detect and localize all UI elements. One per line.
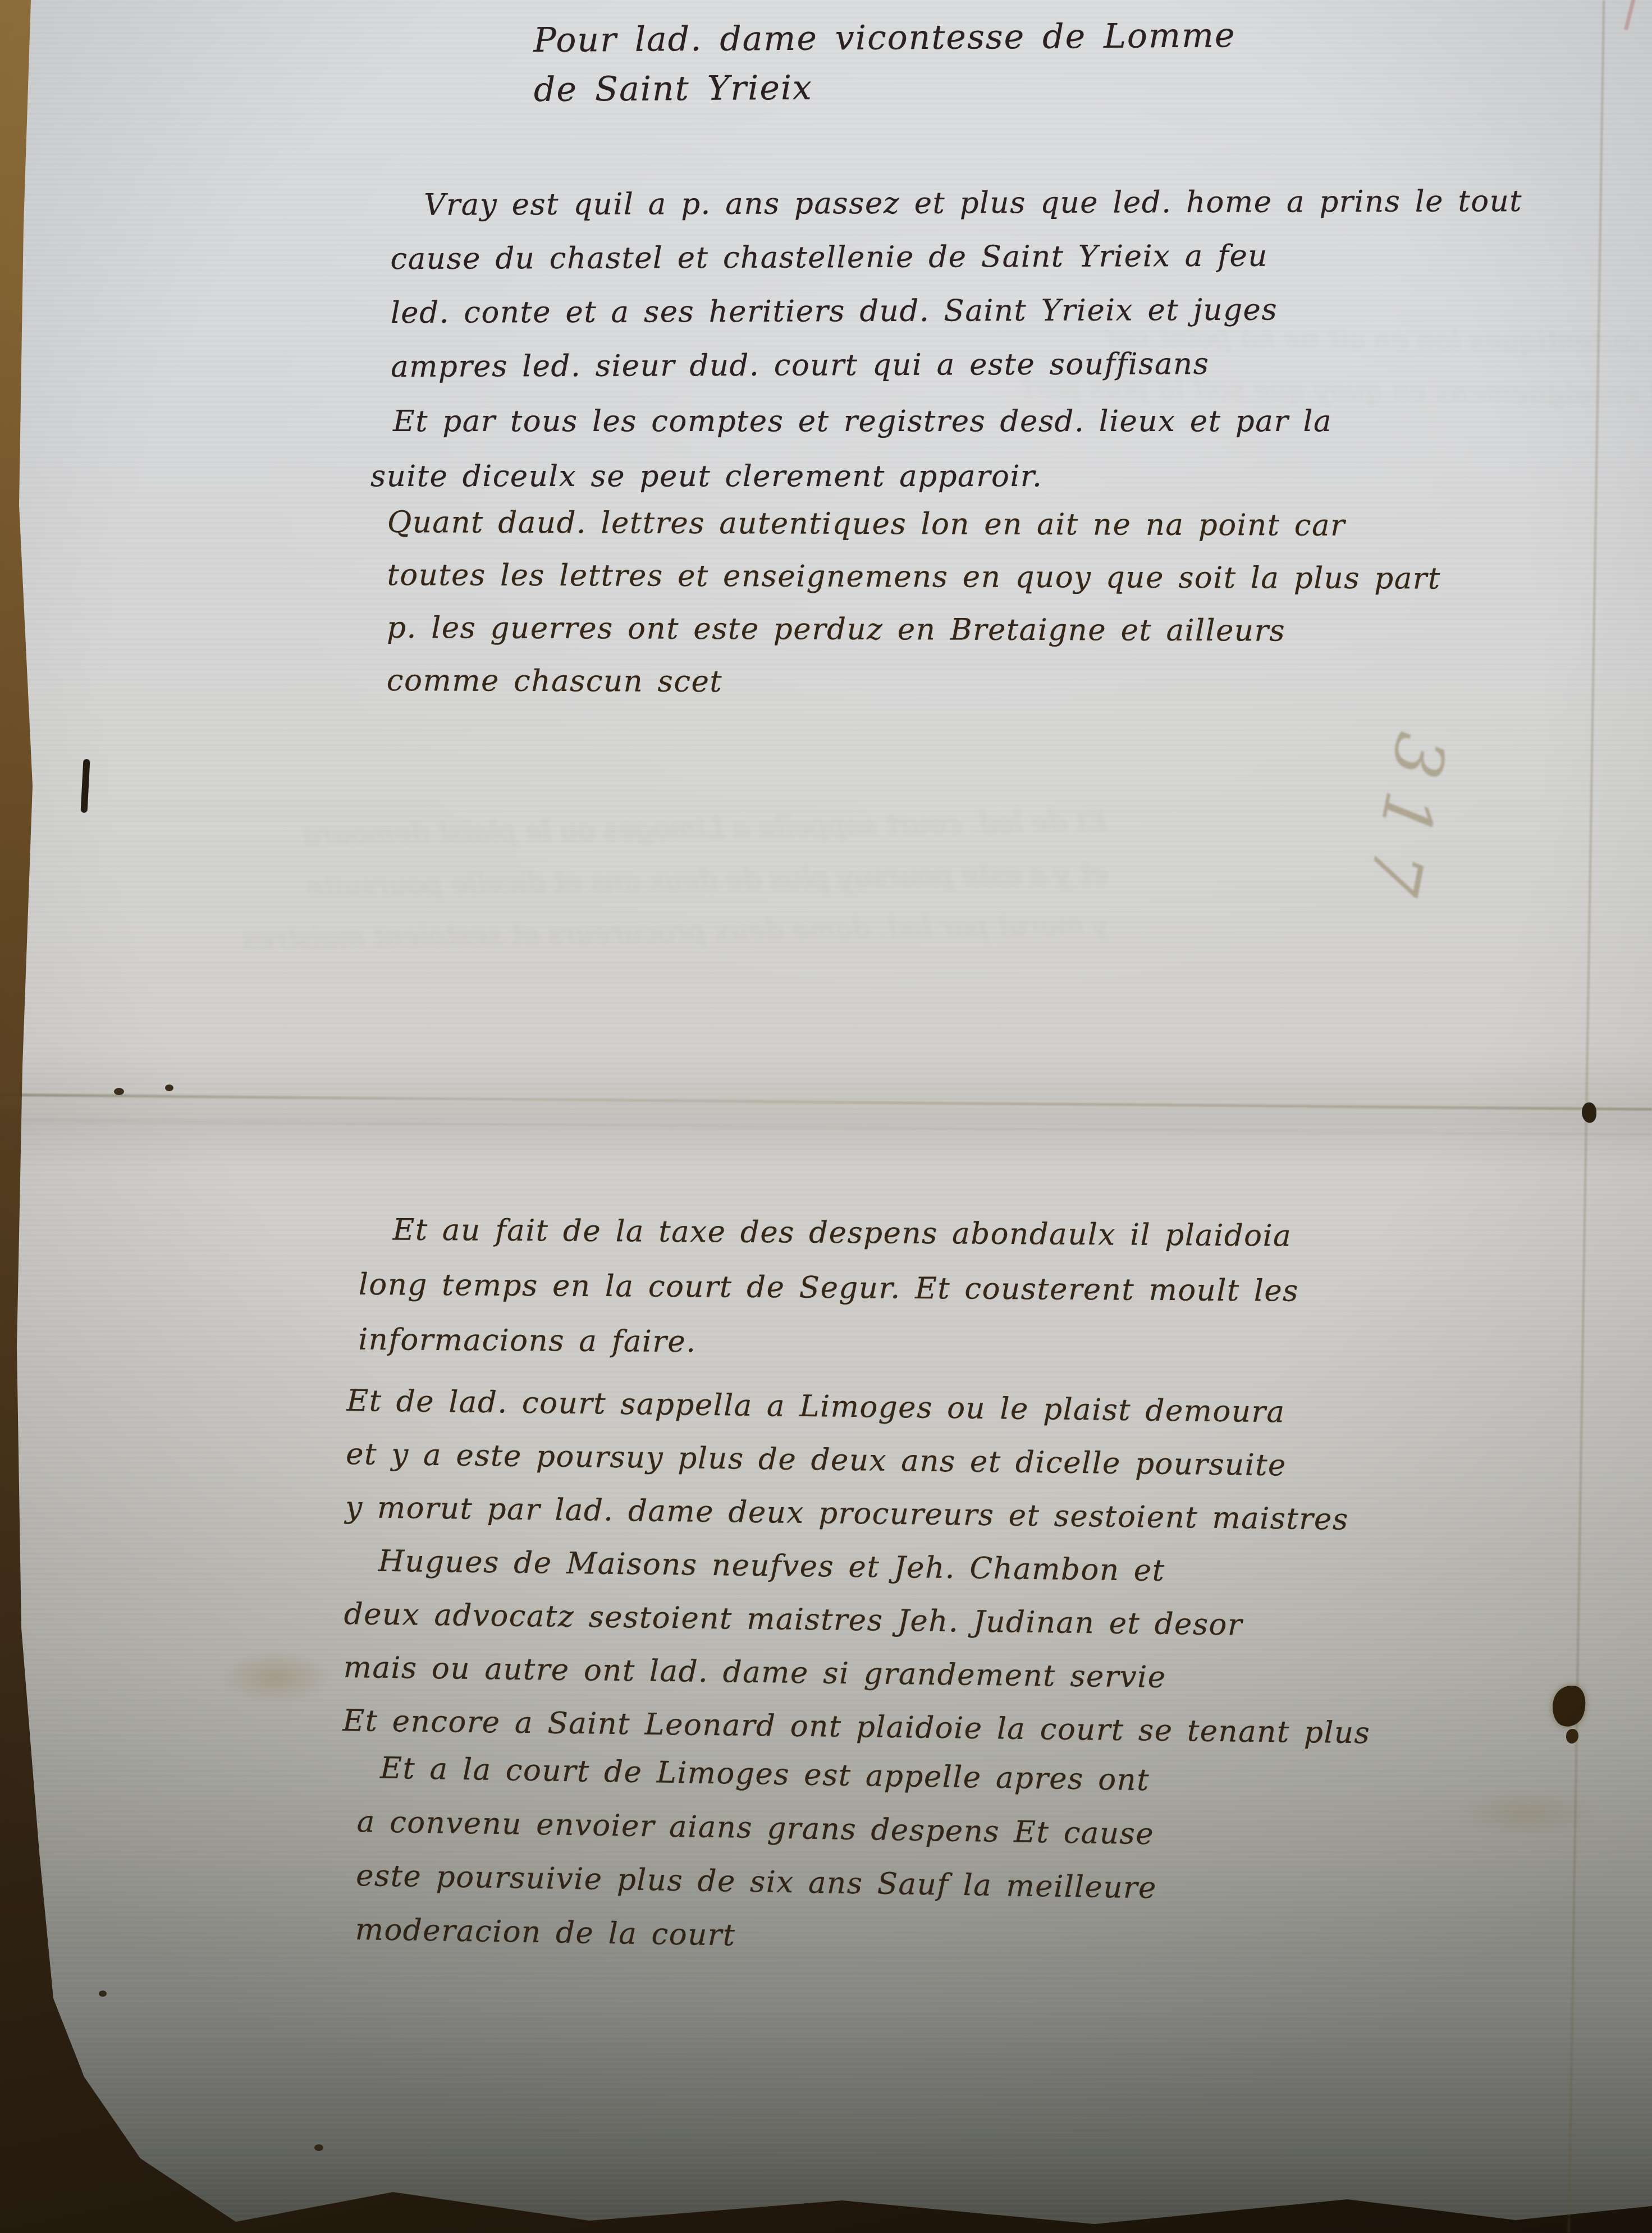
text-line: Et par tous les comptes et registres des… <box>370 394 1332 449</box>
paper-speck <box>114 1088 124 1095</box>
text-line: suite diceulx se peut clerement apparoir… <box>370 449 1332 504</box>
fold-shadow <box>0 1049 1652 1172</box>
stain <box>1454 1791 1600 1836</box>
text-line: Quant daud. lettres autentiques lon en a… <box>387 496 1441 553</box>
text-line: informacions a faire. <box>358 1312 1299 1374</box>
text-line: Et au fait de la taxe des despens abonda… <box>359 1202 1299 1264</box>
paragraph-3: Quant daud. lettres autentiques lon en a… <box>387 496 1441 711</box>
text-line: ampres led. sieur dud. court qui a este … <box>391 336 1523 394</box>
text-line: Vray est quil a p. ans passez et plus qu… <box>390 175 1522 232</box>
text-line: long temps en la court de Segur. Et cous… <box>359 1257 1299 1319</box>
paragraph-1: Vray est quil a p. ans passez et plus qu… <box>390 175 1523 394</box>
ghost-show-through-text: Et de lad. court sappella a Limoges ou l… <box>240 795 1109 966</box>
text-line: toutes les lettres et enseignemens en qu… <box>387 549 1440 606</box>
crease-ink-dot <box>1582 1102 1596 1123</box>
text-line: led. conte et a ses heritiers dud. Saint… <box>391 282 1523 340</box>
text-line: cause du chastel et chastellenie de Sain… <box>390 228 1522 286</box>
stain <box>220 1650 332 1704</box>
paper-speck <box>99 1991 107 1997</box>
paper-speck <box>165 1085 173 1091</box>
text-line: comme chascun scet <box>387 655 1440 711</box>
paragraph-4: Et au fait de la taxe des despens abonda… <box>358 1202 1299 1374</box>
heading-line: Pour lad. dame vicontesse de Lomme <box>533 11 1236 65</box>
paper-speck <box>314 2144 323 2151</box>
heading-line: de Saint Yrieix <box>534 60 1237 115</box>
photo-background: { "document": { "colors": { "paper": "#d… <box>0 0 1652 2233</box>
text-line: p. les guerres ont este perduz en Bretai… <box>387 602 1440 658</box>
paragraph-2: Et par tous les comptes et registres des… <box>370 394 1332 504</box>
manuscript-photo: Et de lad. court sappella a Limoges ou l… <box>0 0 1652 2233</box>
heading-block: Pour lad. dame vicontesse de Lomme de Sa… <box>533 11 1236 115</box>
paragraph-6: Et a la court de Limoges est appelle apr… <box>355 1741 1159 1969</box>
paragraph-5: Et de lad. court sappella a Limoges ou l… <box>342 1374 1375 1760</box>
